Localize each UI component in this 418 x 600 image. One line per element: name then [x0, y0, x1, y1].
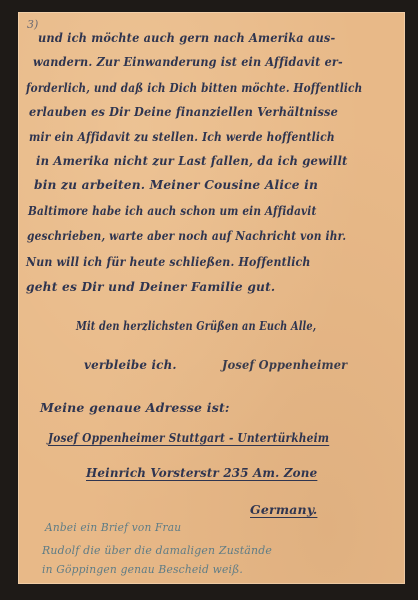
- scan-background: 3) und ich möchte auch gern nach Amerika…: [0, 0, 418, 600]
- pencil-note-line-3: in Göppingen genau Bescheid weiß.: [42, 562, 243, 576]
- closing-line-1: Mit den herzlichsten Grüßen an Euch Alle…: [76, 318, 316, 333]
- body-line-4: erlauben es Dir Deine finanziellen Verhä…: [29, 105, 338, 119]
- address-line-2: Heinrich Vorsterstr 235 Am. Zone: [86, 465, 317, 480]
- body-line-7: bin zu arbeiten. Meiner Cousine Alice in: [34, 178, 318, 192]
- address-line-country: Germany.: [250, 502, 317, 517]
- letter-page: [18, 12, 405, 584]
- body-line-3: forderlich, und daß ich Dich bitten möch…: [26, 81, 362, 95]
- body-line-8: Baltimore habe ich auch schon um ein Aff…: [28, 204, 316, 218]
- body-line-10: Nun will ich für heute schließen. Hoffen…: [26, 255, 311, 269]
- address-intro: Meine genaue Adresse ist:: [40, 400, 230, 415]
- body-line-9: geschrieben, warte aber noch auf Nachric…: [27, 229, 346, 243]
- body-line-11: geht es Dir und Deiner Familie gut.: [26, 280, 275, 294]
- body-line-1: und ich möchte auch gern nach Amerika au…: [38, 31, 335, 45]
- closing-line-2: verbleibe ich.: [84, 357, 177, 372]
- body-line-5: mir ein Affidavit zu stellen. Ich werde …: [29, 130, 335, 144]
- pencil-note-line-2: Rudolf die über die damaligen Zustände: [42, 543, 272, 557]
- body-line-2: wandern. Zur Einwanderung ist ein Affida…: [33, 55, 343, 69]
- pencil-note-line-1: Anbei ein Brief von Frau: [45, 520, 181, 534]
- signature: Josef Oppenheimer: [222, 358, 347, 372]
- page-number: 3): [27, 18, 38, 31]
- address-line-1: Josef Oppenheimer Stuttgart - Untertürkh…: [48, 430, 329, 445]
- body-line-6: in Amerika nicht zur Last fallen, da ich…: [36, 154, 348, 168]
